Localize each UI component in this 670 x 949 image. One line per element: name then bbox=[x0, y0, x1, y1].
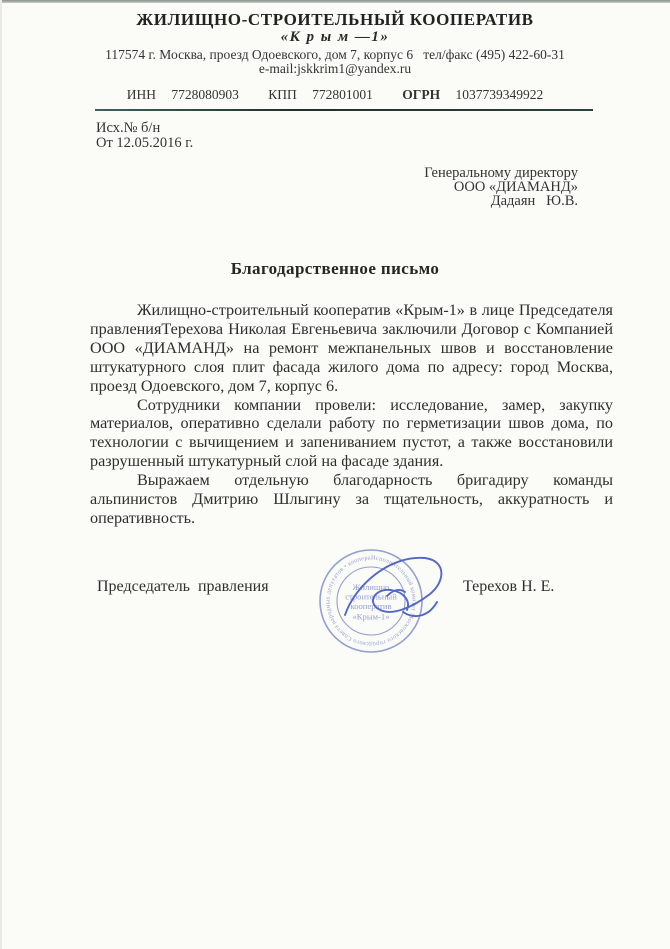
recipient-block: Генеральному директору ООО «ДИАМАНД» Дад… bbox=[424, 166, 578, 208]
inn-label: ИНН bbox=[127, 87, 156, 103]
kpp-value: 772801001 bbox=[312, 87, 373, 103]
svg-text:кооператив: кооператив bbox=[350, 601, 391, 611]
signer-position-label: Председатель правления bbox=[97, 578, 269, 596]
org-registration-line: ИНН 7728080903 КПП 772801001 ОГРН 103773… bbox=[0, 87, 670, 103]
stamp-center-text: Жилищно строительный кооператив «Крым-1» bbox=[345, 582, 397, 622]
scan-edge-artifact bbox=[0, 0, 670, 3]
ogrn-label: ОГРН bbox=[402, 87, 440, 103]
body-paragraph-1: Жилищно-строительный кооператив «Крым-1»… bbox=[90, 301, 613, 396]
ogrn-value: 1037739349922 bbox=[455, 87, 543, 103]
svg-text:«Крым-1»: «Крым-1» bbox=[353, 612, 390, 622]
letter-page: ЖИЛИЩНО-СТРОИТЕЛЬНЫЙ КООПЕРАТИВ «К р ы м… bbox=[0, 0, 670, 949]
scan-edge-artifact-left bbox=[0, 0, 2, 949]
recipient-person: Дадаян Ю.В. bbox=[424, 194, 578, 208]
stamp-svg: Исполнительный комитет Московского город… bbox=[295, 530, 465, 676]
body-paragraph-3: Выражаем отдельную благодарность бригади… bbox=[90, 471, 613, 528]
recipient-company: ООО «ДИАМАНД» bbox=[424, 180, 578, 194]
reference-date: От 12.05.2016 г. bbox=[96, 136, 193, 151]
inn-value: 7728080903 bbox=[171, 87, 239, 103]
org-name: ЖИЛИЩНО-СТРОИТЕЛЬНЫЙ КООПЕРАТИВ bbox=[0, 10, 670, 30]
signer-name: Терехов Н. Е. bbox=[463, 578, 554, 596]
letter-title: Благодарственное письмо bbox=[0, 259, 670, 279]
body-paragraph-2: Сотрудники компании провели: исследовани… bbox=[90, 396, 613, 472]
kpp-label: КПП bbox=[268, 87, 297, 103]
letterhead-divider bbox=[95, 109, 593, 111]
letter-body: Жилищно-строительный кооператив «Крым-1»… bbox=[90, 301, 613, 528]
reference-block: Исх.№ б/н От 12.05.2016 г. bbox=[96, 121, 193, 150]
org-email-line: e-mail:jskkrim1@yandex.ru bbox=[0, 61, 670, 77]
stamp-and-signature: Исполнительный комитет Московского город… bbox=[295, 530, 465, 676]
org-short-name: «К р ы м —1» bbox=[0, 29, 670, 46]
recipient-position: Генеральному директору bbox=[424, 166, 578, 180]
reference-number: Исх.№ б/н bbox=[96, 121, 193, 136]
